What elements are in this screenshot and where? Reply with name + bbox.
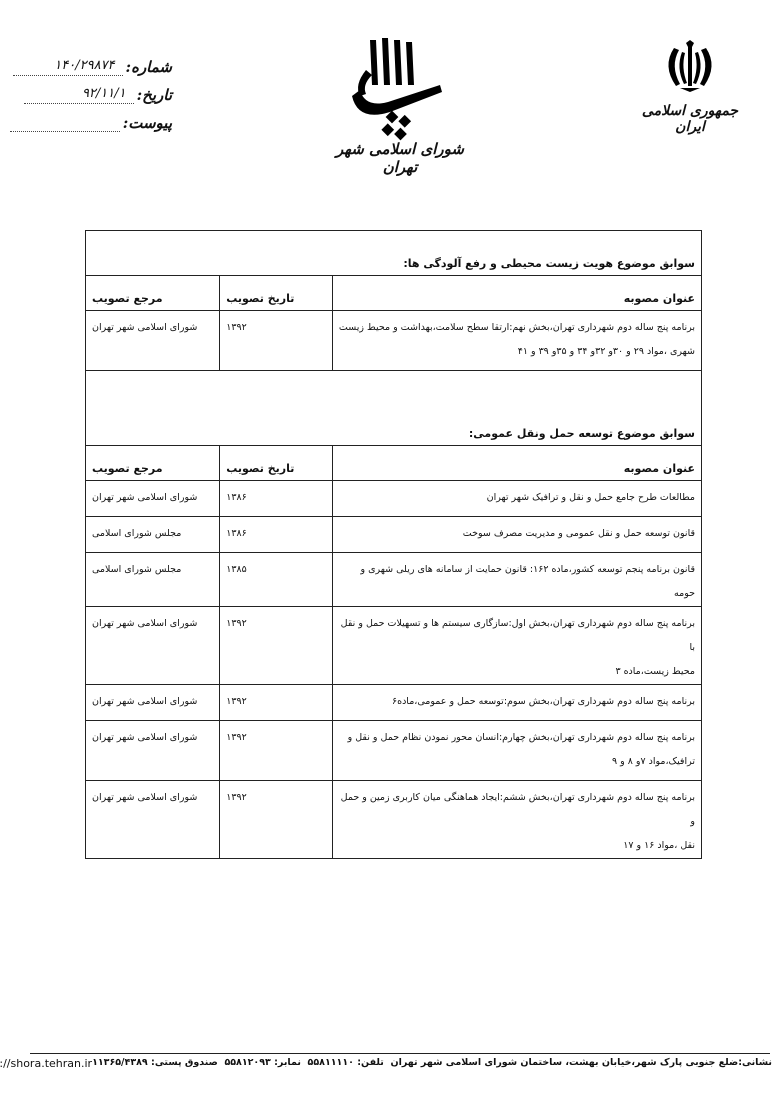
- row-title-line: برنامه پنج ساله دوم شهرداری تهران،بخش شش…: [339, 786, 695, 834]
- table-row: قانون برنامه پنجم توسعه کشور،ماده ۱۶۲: ق…: [86, 553, 702, 607]
- row-ref: شورای اسلامی شهر تهران: [86, 481, 220, 517]
- row-title-line: قانون توسعه حمل و نقل عمومی و مدیریت مصر…: [332, 517, 701, 553]
- section-title: سوابق موضوع هویت زیست محیطی و رفع آلودگی…: [86, 245, 702, 276]
- col-header-title: عنوان مصوبه: [332, 446, 701, 481]
- row-title-line: مطالعات طرح جامع حمل و نقل و ترافیک شهر …: [332, 481, 701, 517]
- row-ref: مجلس شورای اسلامی: [86, 517, 220, 553]
- row-title-line: برنامه پنج ساله دوم شهرداری تهران،بخش چه…: [339, 726, 695, 750]
- footer-url[interactable]: http://shora.tehran.ir: [0, 1057, 92, 1070]
- col-header-date: تاریخ تصویب: [220, 276, 332, 311]
- footer-phone: تلفن: ۵۵۸۱۱۱۱۰: [308, 1057, 384, 1070]
- council-name: شورای اسلامی شهر تهران: [320, 140, 480, 176]
- table-row: برنامه پنج ساله دوم شهرداری تهران،بخش شش…: [86, 781, 702, 859]
- row-title-line: نقل ،مواد ۱۶ و ۱۷: [339, 834, 695, 858]
- date-label: تاریخ:: [137, 86, 172, 104]
- row-date: ۱۳۹۲: [220, 311, 332, 371]
- row-date: ۱۳۹۲: [220, 781, 332, 859]
- table-row: برنامه پنج ساله دوم شهرداری تهران،بخش سو…: [86, 685, 702, 721]
- attachment-label: پیوست:: [123, 114, 172, 132]
- footer-address: نشانی:ضلع جنوبی پارک شهر،خیابان بهشت، سا…: [391, 1057, 772, 1070]
- date-value: ۹۲/۱۱/۱: [82, 86, 126, 101]
- table-row: برنامه پنج ساله دوم شهرداری تهران،بخش چه…: [86, 721, 702, 781]
- footer: نشانی:ضلع جنوبی پارک شهر،خیابان بهشت، سا…: [30, 1057, 772, 1070]
- resolutions-table: سوابق موضوع هویت زیست محیطی و رفع آلودگی…: [85, 230, 702, 859]
- table-row: مطالعات طرح جامع حمل و نقل و ترافیک شهر …: [86, 481, 702, 517]
- number-value: ۱۴۰/۲۹۸۷۴: [54, 58, 114, 73]
- section-title-row: سوابق موضوع هویت زیست محیطی و رفع آلودگی…: [86, 245, 702, 276]
- row-title-line: شهری ،مواد ۲۹ و ۳۰و ۳۲و ۳۴ و ۳۵و ۳۹ و ۴۱: [339, 340, 695, 364]
- col-header-title: عنوان مصوبه: [332, 276, 701, 311]
- row-ref: شورای اسلامی شهر تهران: [86, 607, 220, 685]
- row-date: ۱۳۹۲: [220, 607, 332, 685]
- col-header-date: تاریخ تصویب: [220, 446, 332, 481]
- row-date: ۱۳۸۵: [220, 553, 332, 607]
- row-title-line: برنامه پنج ساله دوم شهرداری تهران،بخش سو…: [332, 685, 701, 721]
- table-header-row: عنوان مصوبه تاریخ تصویب مرجع تصویب: [86, 446, 702, 481]
- top-spacer: [86, 231, 702, 246]
- table-header-row: عنوان مصوبه تاریخ تصویب مرجع تصویب: [86, 276, 702, 311]
- footer-divider: [30, 1053, 770, 1054]
- row-title-line: ترافیک،مواد ۷و ۸ و ۹: [339, 750, 695, 774]
- row-date: ۱۳۹۲: [220, 685, 332, 721]
- letter-attachment: پیوست:: [10, 114, 172, 132]
- letter-date: تاریخ: ۹۲/۱۱/۱: [24, 86, 172, 104]
- col-header-ref: مرجع تصویب: [86, 276, 220, 311]
- row-ref: شورای اسلامی شهر تهران: [86, 311, 220, 371]
- row-date: ۱۳۸۶: [220, 481, 332, 517]
- row-ref: شورای اسلامی شهر تهران: [86, 781, 220, 859]
- col-header-ref: مرجع تصویب: [86, 446, 220, 481]
- section-title-row: سوابق موضوع توسعه حمل ونقل عمومی:: [86, 415, 702, 446]
- row-date: ۱۳۹۲: [220, 721, 332, 781]
- table-row: قانون توسعه حمل و نقل عمومی و مدیریت مصر…: [86, 517, 702, 553]
- footer-po-box: صندوق پستی: ۱۱۳۶۵/۴۳۸۹: [92, 1057, 218, 1070]
- row-title-line: برنامه پنج ساله دوم شهرداری تهران،بخش نه…: [339, 316, 695, 340]
- row-title-line: قانون برنامه پنجم توسعه کشور،ماده ۱۶۲: ق…: [332, 553, 701, 607]
- row-title-line: محیط زیست،ماده ۳: [339, 660, 695, 684]
- letter-number: شماره: ۱۴۰/۲۹۸۷۴: [13, 58, 172, 76]
- table-row: برنامه پنج ساله دوم شهرداری تهران،بخش او…: [86, 607, 702, 685]
- table-row: برنامه پنج ساله دوم شهرداری تهران،بخش نه…: [86, 311, 702, 371]
- iran-emblem-icon: [660, 40, 720, 92]
- row-ref: شورای اسلامی شهر تهران: [86, 685, 220, 721]
- row-ref: مجلس شورای اسلامی: [86, 553, 220, 607]
- row-date: ۱۳۸۶: [220, 517, 332, 553]
- row-title-line: برنامه پنج ساله دوم شهرداری تهران،بخش او…: [339, 612, 695, 660]
- country-name: جمهوری اسلامی ایران: [630, 103, 750, 135]
- section-spacer: [86, 371, 702, 416]
- section-title: سوابق موضوع توسعه حمل ونقل عمومی:: [86, 415, 702, 446]
- row-ref: شورای اسلامی شهر تهران: [86, 721, 220, 781]
- footer-fax: نمابر: ۵۵۸۱۲۰۹۳: [224, 1057, 300, 1070]
- number-label: شماره:: [126, 58, 172, 76]
